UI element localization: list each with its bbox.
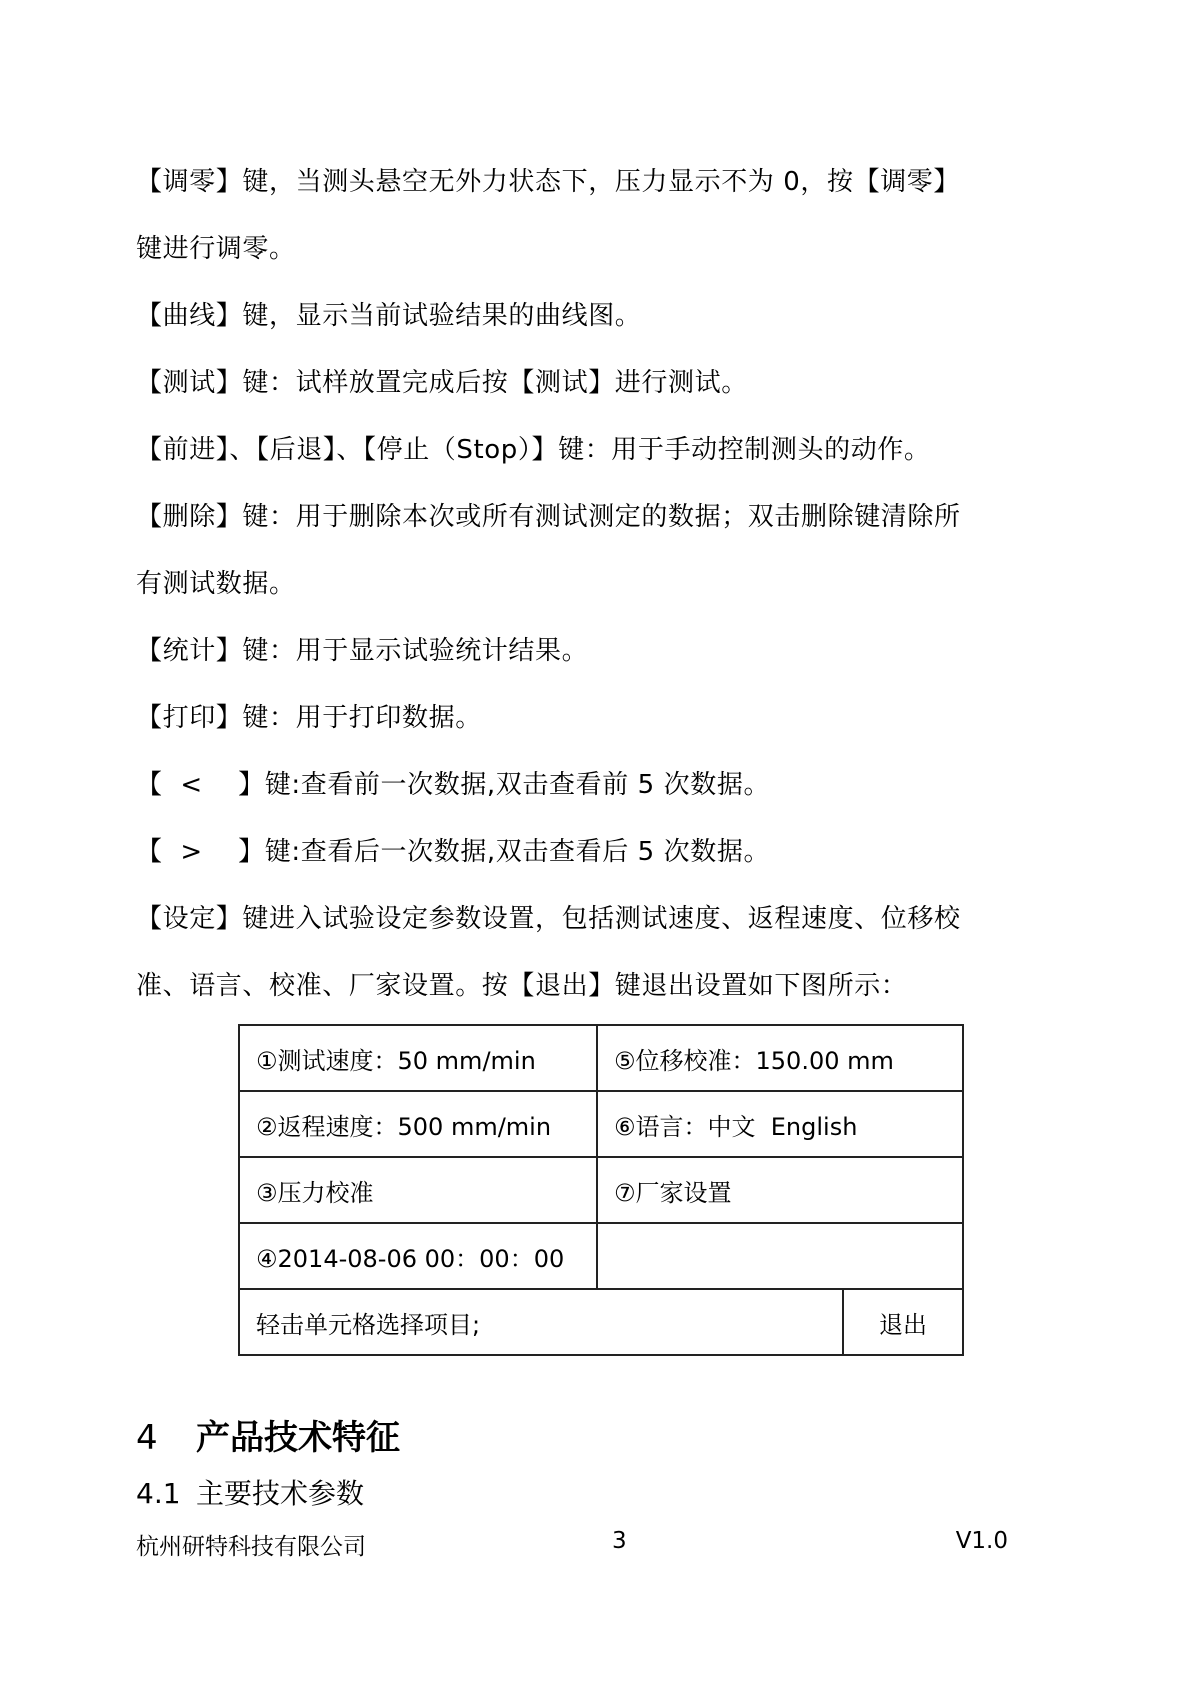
table-row: ②返程速度：500 mm/min ⑥语言：中文 English	[239, 1091, 963, 1157]
section-title: 产品技术特征	[196, 1418, 400, 1458]
table-row: ③压力校准 ⑦厂家设置	[239, 1157, 963, 1223]
table-row: ①测试速度：50 mm/min ⑤位移校准：150.00 mm	[239, 1025, 963, 1091]
cell-datetime[interactable]: ④2014-08-06 00：00：00	[239, 1223, 597, 1289]
subsection-heading: 4.1主要技术参数	[136, 1472, 364, 1512]
paragraph-test-key: 【测试】键：试样放置完成后按【测试】进行测试。	[136, 361, 1076, 428]
paragraph-print-key: 【打印】键：用于打印数据。	[136, 696, 1076, 763]
settings-menu-table: ①测试速度：50 mm/min ⑤位移校准：150.00 mm ②返程速度：50…	[238, 1024, 964, 1356]
paragraph-settings-key-cont: 准、语言、校准、厂家设置。按【退出】键退出设置如下图所示：	[136, 964, 1076, 1031]
cell-empty	[597, 1223, 963, 1289]
paragraph-prev-key: 【 < 】键:查看前一次数据,双击查看前 5 次数据。	[136, 763, 1076, 830]
section-heading: 4产品技术特征	[136, 1410, 400, 1459]
paragraph-next-key: 【 > 】键:查看后一次数据,双击查看后 5 次数据。	[136, 830, 1076, 897]
cell-return-speed[interactable]: ②返程速度：500 mm/min	[239, 1091, 597, 1157]
footer-page-number: 3	[612, 1528, 627, 1554]
footer-version: V1.0	[956, 1528, 1008, 1554]
paragraph-delete-key-cont: 有测试数据。	[136, 562, 1076, 629]
page-footer: 杭州研特科技有限公司 3 V1.0	[136, 1528, 1008, 1560]
document-page: 【调零】键，当测头悬空无外力状态下，压力显示不为 0，按【调零】 键进行调零。 …	[0, 0, 1200, 1702]
paragraph-forward-back-stop-keys: 【前进】、【后退】、【停止（Stop）】键：用于手动控制测头的动作。	[136, 428, 1076, 495]
exit-button[interactable]: 退出	[843, 1289, 963, 1355]
table-row: ④2014-08-06 00：00：00	[239, 1223, 963, 1289]
paragraph-zero-key: 【调零】键，当测头悬空无外力状态下，压力显示不为 0，按【调零】	[136, 160, 1076, 227]
cell-test-speed[interactable]: ①测试速度：50 mm/min	[239, 1025, 597, 1091]
cell-pressure-calibration[interactable]: ③压力校准	[239, 1157, 597, 1223]
footer-company: 杭州研特科技有限公司	[136, 1528, 366, 1561]
paragraph-stats-key: 【统计】键：用于显示试验统计结果。	[136, 629, 1076, 696]
cell-displacement-calibration[interactable]: ⑤位移校准：150.00 mm	[597, 1025, 963, 1091]
table-row: 轻击单元格选择项目; 退出	[239, 1289, 963, 1355]
cell-language[interactable]: ⑥语言：中文 English	[597, 1091, 963, 1157]
subsection-number: 4.1	[136, 1477, 196, 1510]
subsection-title: 主要技术参数	[196, 1477, 364, 1510]
cell-factory-settings[interactable]: ⑦厂家设置	[597, 1157, 963, 1223]
paragraph-curve-key: 【曲线】键，显示当前试验结果的曲线图。	[136, 294, 1076, 361]
paragraph-settings-key: 【设定】键进入试验设定参数设置，包括测试速度、返程速度、位移校	[136, 897, 1076, 964]
body-text: 【调零】键，当测头悬空无外力状态下，压力显示不为 0，按【调零】 键进行调零。 …	[136, 160, 1076, 1031]
hint-text: 轻击单元格选择项目;	[239, 1289, 843, 1355]
paragraph-delete-key: 【删除】键：用于删除本次或所有测试测定的数据；双击删除键清除所	[136, 495, 1076, 562]
paragraph-zero-key-cont: 键进行调零。	[136, 227, 1076, 294]
section-number: 4	[136, 1418, 196, 1458]
